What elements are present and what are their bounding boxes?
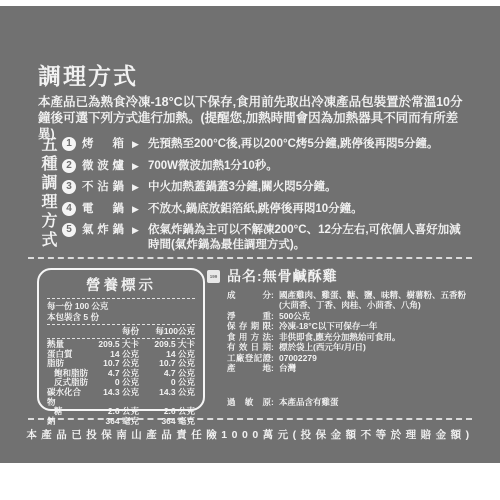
- field-colon: :: [271, 321, 279, 331]
- dashed-divider: [28, 257, 472, 259]
- field-label: 保存期限: [227, 321, 271, 331]
- field-label: 淨重: [227, 311, 271, 321]
- arrow-right-icon: ▶: [132, 202, 144, 217]
- dashed-divider: [28, 418, 472, 420]
- nutrient-per-serving: 14.3 公克: [89, 388, 139, 407]
- serving-size-line: 每一份 100 公克: [47, 301, 195, 312]
- field-colon: :: [271, 397, 279, 407]
- method-description: 700W微波加熱1分10秒。: [148, 159, 472, 174]
- package-label-panel: 調理方式 本產品已為熟食冷凍-18°C以下保存,食用前先取出冷凍產品包裝置於常溫…: [0, 6, 500, 463]
- arrow-right-icon: ▶: [132, 159, 144, 174]
- cooking-intro-text: 本產品已為熟食冷凍-18°C以下保存,食用前先取出冷凍產品包裝置於常溫10分鐘後…: [38, 94, 474, 142]
- circled-number-3-icon: 3: [62, 180, 76, 194]
- method-name: 烤箱: [82, 137, 124, 152]
- nutrition-column-headers: 每份 每100公克: [47, 326, 195, 337]
- serving-size-lines: 每一份 100 公克 本包裝含 5 份: [47, 300, 195, 323]
- allergen-row: 過敏原 : 本產品含有雞蛋: [227, 397, 473, 407]
- field-shelf-life: 保存期限 : 冷凍-18°C以下可保存一年: [227, 321, 473, 331]
- product-name-label: 品名:無骨鹹酥雞: [227, 266, 338, 286]
- method-row-air-fryer: 5 氣炸鍋 ▶ 依氣炸鍋為主可以不解凍200°C、12分左右,可依個人喜好加減時…: [62, 223, 472, 253]
- product-name-prefix: 品名:: [227, 268, 263, 284]
- allergen-value: 本產品含有雞蛋: [279, 397, 473, 407]
- product-name-value: 無骨鹹酥雞: [263, 268, 338, 284]
- dashed-divider: [47, 324, 195, 325]
- field-origin: 產地 : 台灣: [227, 363, 473, 373]
- field-colon: :: [271, 342, 279, 352]
- allergen-label: 過敏原: [227, 397, 271, 407]
- method-name: 微波爐: [82, 159, 124, 174]
- five-methods-vertical-label: 五種調理方式: [36, 136, 59, 256]
- arrow-right-icon: ▶: [132, 223, 144, 238]
- field-label: 有效日期: [227, 342, 271, 352]
- method-description: 先預熱至200°C後,再以200°C烤5分鐘,跳停後再悶5分鐘。: [148, 137, 472, 152]
- col-header-per-100g: 每100公克: [139, 326, 195, 337]
- nutrition-row-carbs: 碳水化合物 14.3 公克 14.3 公克: [47, 388, 195, 407]
- field-usage: 食用方法 : 非供即食,應充分加熱始可食用。: [227, 332, 473, 342]
- circled-number-2-icon: 2: [62, 159, 76, 173]
- nutrient-label: 碳水化合物: [47, 388, 89, 407]
- field-colon: :: [271, 290, 279, 310]
- field-label: 食用方法: [227, 332, 271, 342]
- field-label: 產地: [227, 363, 271, 373]
- servings-per-pack-line: 本包裝含 5 份: [47, 312, 195, 323]
- circled-number-5-icon: 5: [62, 223, 76, 237]
- product-name-row: 199 品名:無骨鹹酥雞: [207, 266, 473, 286]
- field-net-weight: 淨重 : 500公克: [227, 311, 473, 321]
- arrow-right-icon: ▶: [132, 180, 144, 195]
- method-name: 不沾鍋: [82, 180, 124, 195]
- brand-badge-icon: 199: [207, 270, 220, 283]
- field-label: 成分: [227, 290, 271, 310]
- circled-number-4-icon: 4: [62, 202, 76, 216]
- method-description: 依氣炸鍋為主可以不解凍200°C、12分左右,可依個人喜好加減時間(氣炸鍋為最佳…: [148, 223, 472, 253]
- field-ingredients: 成分 : 國產雞肉、雞蛋、糖、鹽、味精、樹薯粉、五香粉(大茴香、丁香、肉桂、小茴…: [227, 290, 473, 310]
- product-fields: 成分 : 國產雞肉、雞蛋、糖、鹽、味精、樹薯粉、五香粉(大茴香、丁香、肉桂、小茴…: [227, 290, 473, 373]
- nutrient-per-100g: 14.3 公克: [139, 388, 195, 407]
- method-name: 氣炸鍋: [82, 223, 124, 238]
- field-expiry-date: 有效日期 : 標於袋上(西元年/月/日): [227, 342, 473, 352]
- arrow-right-icon: ▶: [132, 137, 144, 152]
- method-description: 不放水,鍋底放鋁箔紙,跳停後再悶10分鐘。: [148, 202, 472, 217]
- field-value: 非供即食,應充分加熱始可食用。: [279, 332, 473, 342]
- method-row-rice-cooker: 4 電鍋 ▶ 不放水,鍋底放鋁箔紙,跳停後再悶10分鐘。: [62, 202, 472, 217]
- field-label: 工廠登記證: [227, 353, 271, 363]
- field-factory-license: 工廠登記證 : 07002279: [227, 353, 473, 363]
- insurance-notice: 本產品已投保南山產品責任險1000萬元(投保金額不等於理賠金額): [0, 427, 500, 442]
- product-info-block: 199 品名:無骨鹹酥雞 成分 : 國產雞肉、雞蛋、糖、鹽、味精、樹薯粉、五香粉…: [207, 266, 473, 374]
- field-colon: :: [271, 332, 279, 342]
- field-colon: :: [271, 311, 279, 321]
- field-value: 標於袋上(西元年/月/日): [279, 342, 473, 352]
- field-value: 國產雞肉、雞蛋、糖、鹽、味精、樹薯粉、五香粉(大茴香、丁香、肉桂、小茴香、八角): [279, 290, 473, 310]
- field-value: 台灣: [279, 363, 473, 373]
- cooking-methods-list: 1 烤箱 ▶ 先預熱至200°C後,再以200°C烤5分鐘,跳停後再悶5分鐘。 …: [62, 137, 472, 260]
- method-row-pan: 3 不沾鍋 ▶ 中火加熱蓋鍋蓋3分鐘,關火悶5分鐘。: [62, 180, 472, 195]
- circled-number-1-icon: 1: [62, 137, 76, 151]
- nutrition-title: 營養標示: [47, 273, 195, 297]
- method-row-oven: 1 烤箱 ▶ 先預熱至200°C後,再以200°C烤5分鐘,跳停後再悶5分鐘。: [62, 137, 472, 152]
- field-value: 500公克: [279, 311, 473, 321]
- nutrition-facts-box: 營養標示 每一份 100 公克 本包裝含 5 份 每份 每100公克 熱量 20…: [37, 268, 205, 411]
- field-value: 冷凍-18°C以下可保存一年: [279, 321, 473, 331]
- method-row-microwave: 2 微波爐 ▶ 700W微波加熱1分10秒。: [62, 159, 472, 174]
- field-value: 07002279: [279, 353, 473, 363]
- field-colon: :: [271, 353, 279, 363]
- method-description: 中火加熱蓋鍋蓋3分鐘,關火悶5分鐘。: [148, 180, 472, 195]
- dashed-divider: [47, 298, 195, 299]
- method-name: 電鍋: [82, 202, 124, 217]
- field-colon: :: [271, 363, 279, 373]
- col-header-per-serving: 每份: [89, 326, 139, 337]
- cooking-section-title: 調理方式: [38, 58, 138, 91]
